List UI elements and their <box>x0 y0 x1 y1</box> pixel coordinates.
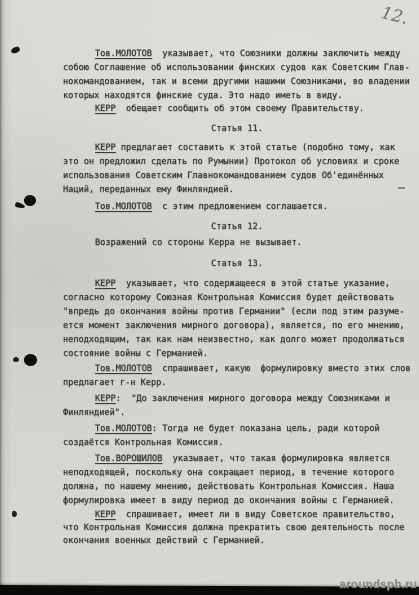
speaker-name: Тов.МОЛОТОВ <box>95 49 152 59</box>
speaker-name: Тов.МОЛОТОВ <box>95 424 152 434</box>
speaker-name: КЕРР <box>95 394 116 404</box>
speaker-name: Тов.МОЛОТОВ <box>95 202 152 212</box>
line-text: согласно которому Союзная Контрольная Ко… <box>63 293 394 303</box>
text-line: нокомандованием, так и всеми другими наш… <box>63 75 411 89</box>
text-line: должна, по нашему мнению, действовать Ко… <box>63 480 411 494</box>
line-text: предлагает составить к этой статье (подо… <box>116 143 395 153</box>
line-text: должна, по нашему мнению, действовать Ко… <box>63 482 394 492</box>
line-text: : Тогда не будет показана цель, ради кот… <box>152 424 380 434</box>
ink-blot <box>24 354 37 366</box>
line-text: Статья 11. <box>211 124 263 134</box>
text-line: КЕРР спрашивает, имеет ли в виду Советск… <box>63 508 411 522</box>
text-line: Тов.МОЛОТОВ спрашивает, какую формулиров… <box>63 362 411 376</box>
line-text: спрашивает, имеет ли в виду Советское пр… <box>116 510 395 520</box>
line-text: : "До заключения мирного договора между … <box>116 394 390 404</box>
text-line: Тов.МОЛОТОВ: Тогда не будет показана цел… <box>63 422 411 436</box>
line-text: Финляндией". <box>63 408 125 418</box>
text-line: ется момент заключения мирного договора)… <box>63 319 411 333</box>
line-text: с этим предложением соглашается. <box>152 202 328 212</box>
line-text: указывает, что Союзники должны заключить… <box>152 49 400 59</box>
scanned-page: 12. Тов.МОЛОТОВ указывает, что Союзники … <box>0 0 419 595</box>
text-line: неподходящим, так как нам неизвестно, ка… <box>63 333 411 347</box>
line-text: собою Соглашение об использовании фински… <box>63 63 410 73</box>
line-text: формулировка имеет в виду период до окон… <box>63 496 394 506</box>
text-line: "впредь до окончания войны против Герман… <box>63 305 411 319</box>
text-line: Тов.ВОРОШИЛОВ указывает, что такая форму… <box>63 452 411 466</box>
text-line: которых находятся финские суда. Это надо… <box>63 89 411 103</box>
text-line: собою Соглашение об использовании фински… <box>63 61 411 75</box>
line-text: "впредь до окончания войны против Герман… <box>63 307 404 317</box>
text-line: состояние войны с Германией. <box>63 347 411 361</box>
text-line: КЕРР: "До заключения мирного договора ме… <box>63 392 411 406</box>
text-line: согласно которому Союзная Контрольная Ко… <box>63 291 411 305</box>
line-text: неподходящей, поскольку она сокращает пе… <box>63 468 394 478</box>
line-text: Статья 13. <box>211 259 263 269</box>
watermark: aroundspb.ru <box>339 579 417 591</box>
section-heading: Статья 12. <box>63 220 411 234</box>
speaker-name: КЕРР <box>95 279 116 289</box>
text-line: предлагает г-н Керр. <box>63 376 411 390</box>
text-line: Финляндией". <box>63 406 411 420</box>
text-line: Тов.МОЛОТОВ с этим предложением соглашае… <box>63 200 411 214</box>
line-text: указывает, что содержащееся в этой стать… <box>116 279 390 289</box>
text-line: Тов.МОЛОТОВ указывает, что Союзники долж… <box>63 47 411 61</box>
speaker-name: Тов.ВОРОШИЛОВ <box>95 454 162 464</box>
text-line: это он предложил сделать по Румынии) Про… <box>63 155 411 169</box>
line-text: использования Советским Главнокомандован… <box>63 171 384 181</box>
document-text: Тов.МОЛОТОВ указывает, что Союзники долж… <box>0 0 419 595</box>
text-line: использования Советским Главнокомандован… <box>63 169 411 183</box>
scan-speck <box>398 187 405 189</box>
ink-blot <box>13 357 19 362</box>
line-text: спрашивает, какую формулировку вместо эт… <box>152 364 411 374</box>
text-line: Возражений со стороны Керра не вызывает. <box>63 236 411 250</box>
ink-blot <box>24 195 36 206</box>
line-text: Статья 12. <box>211 222 263 232</box>
text-line: КЕРР предлагает составить к этой статье … <box>63 141 411 155</box>
line-text: неподходящим, так как нам неизвестно, ка… <box>63 335 404 345</box>
text-line: формулировка имеет в виду период до окон… <box>63 494 411 508</box>
speaker-name: Тов.МОЛОТОВ <box>95 364 152 374</box>
line-text: окончания военных действий с Германией. <box>63 536 265 546</box>
text-line: создаётся Контрольная Комиссия. <box>63 436 411 450</box>
line-text: что Контрольная Комиссия должна прекрати… <box>63 523 404 533</box>
text-line: КЕРР указывает, что содержащееся в этой … <box>63 277 411 291</box>
line-text: это он предложил сделать по Румынии) Про… <box>63 157 399 167</box>
line-text: указывает, что такая формулировка являет… <box>162 454 390 464</box>
line-text: Наций, переданных ему Финляндией. <box>63 185 234 195</box>
line-text: предлагает г-н Керр. <box>63 378 166 388</box>
text-line: что Контрольная Комиссия должна прекрати… <box>63 521 411 535</box>
speaker-name: КЕРР <box>95 510 116 520</box>
line-text: создаётся Контрольная Комиссия. <box>63 438 223 448</box>
line-text: ется момент заключения мирного договора)… <box>63 321 404 331</box>
text-line: неподходящей, поскольку она сокращает пе… <box>63 466 411 480</box>
line-text: нокомандованием, так и всеми другими наш… <box>63 77 410 87</box>
line-text: состояние войны с Германией. <box>63 349 208 359</box>
section-heading: Статья 13. <box>63 257 411 271</box>
line-text: которых находятся финские суда. Это надо… <box>63 91 342 101</box>
line-text: обещает сообщить об этом своему Правител… <box>116 104 364 114</box>
section-heading: Статья 11. <box>63 122 411 136</box>
speaker-name: КЕРР <box>95 104 116 114</box>
line-text: Возражений со стороны Керра не вызывает. <box>95 238 302 248</box>
text-line: окончания военных действий с Германией. <box>63 534 411 548</box>
text-line: КЕРР обещает сообщить об этом своему Пра… <box>63 102 411 116</box>
speaker-name: КЕРР <box>95 143 116 153</box>
text-line: Наций, переданных ему Финляндией. <box>63 183 411 197</box>
